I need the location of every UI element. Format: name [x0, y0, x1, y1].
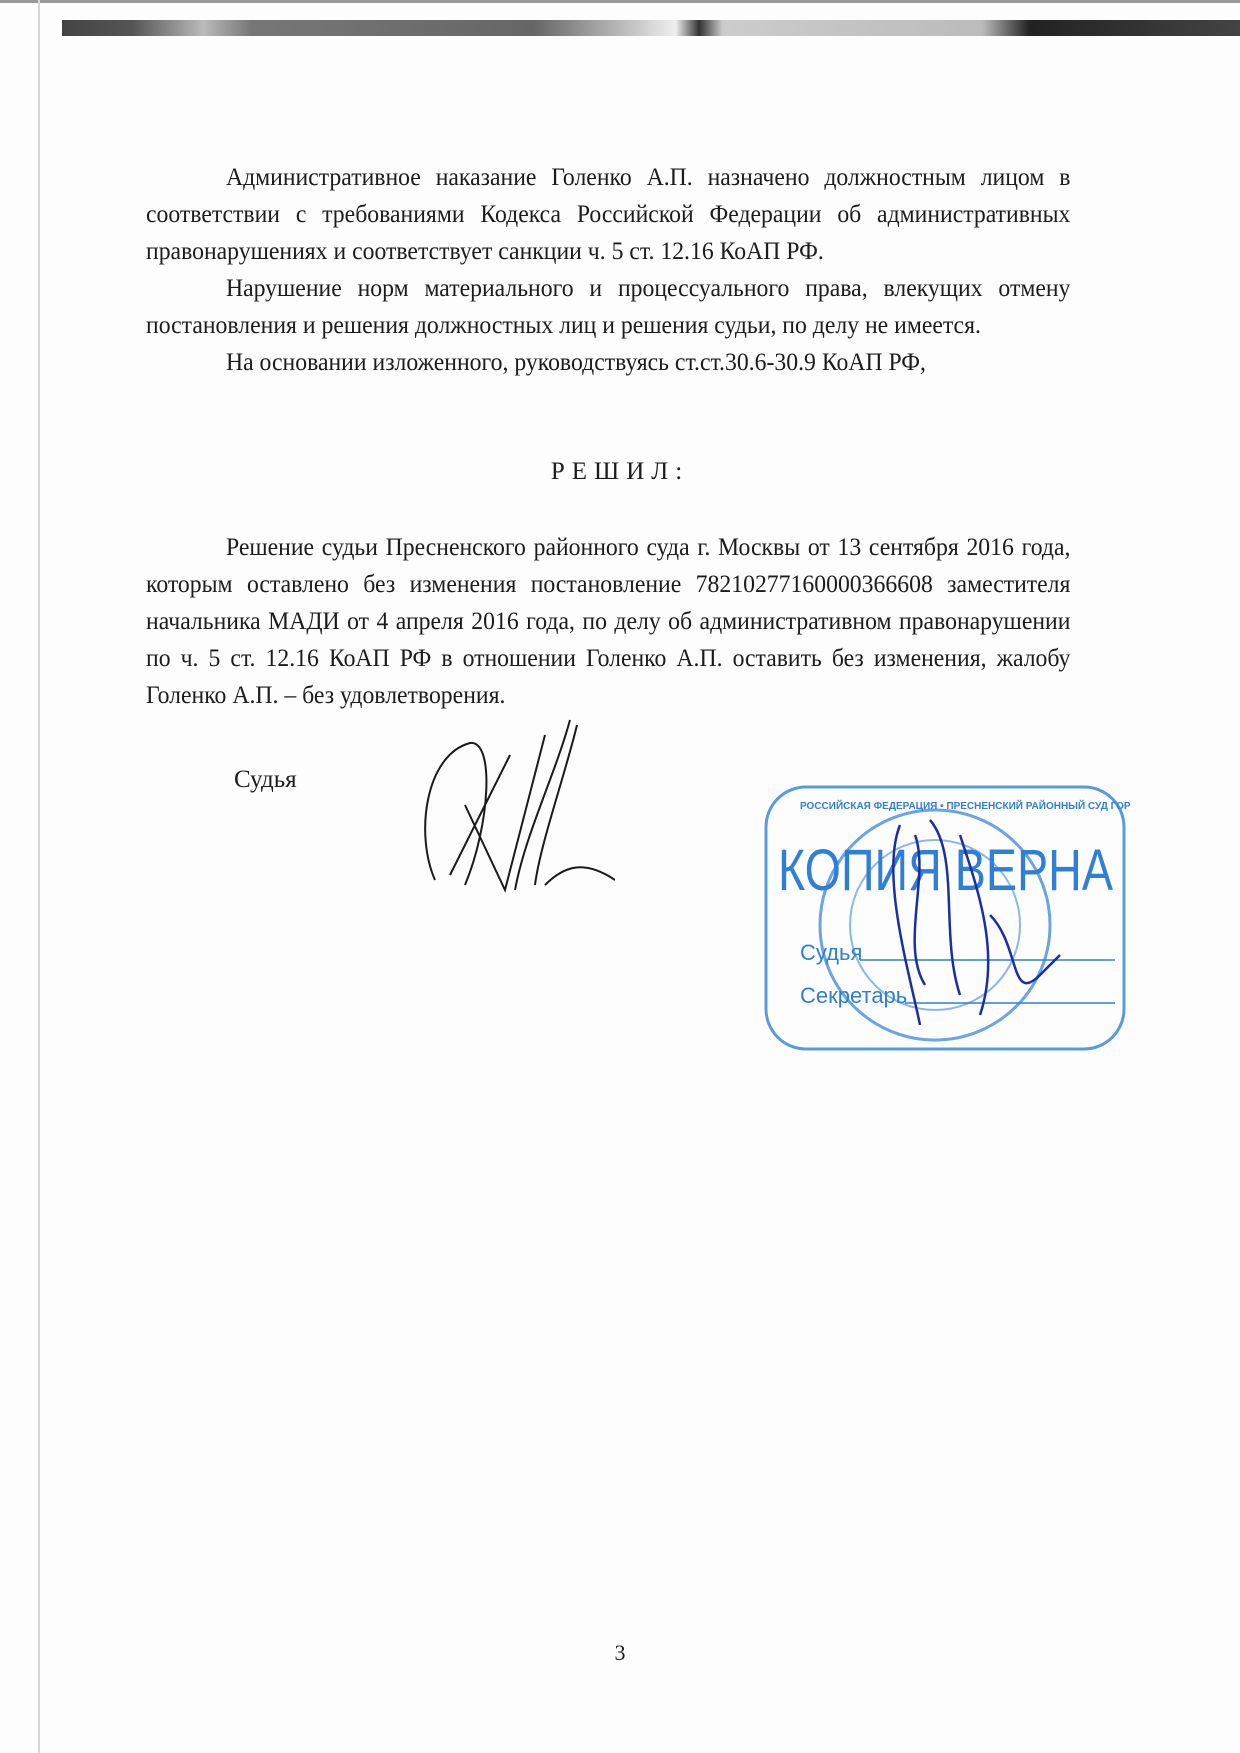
paragraph-grounds: На основании изложенного, руководствуясь…: [146, 343, 1070, 380]
judge-signature: [415, 715, 615, 905]
stamp-outer-text-top: РОССИЙСКАЯ ФЕДЕРАЦИЯ • ПРЕСНЕНСКИЙ РАЙОН…: [800, 799, 1130, 812]
stamp-secretary-line: Секретарь: [800, 983, 907, 1008]
stamp-judge-line: Судья: [800, 940, 862, 965]
stamp-title: КОПИЯ ВЕРНА: [778, 838, 1113, 903]
document-page: Административное наказание Голенко А.П. …: [0, 0, 1240, 1753]
certified-copy-stamp: РОССИЙСКАЯ ФЕДЕРАЦИЯ • ПРЕСНЕНСКИЙ РАЙОН…: [760, 775, 1130, 1065]
page-number: 3: [0, 1640, 1240, 1666]
scan-edge: [0, 0, 1240, 3]
page-edge-shadow: [38, 0, 40, 1753]
paragraph-no-violations: Нарушение норм материального и процессуа…: [146, 269, 1070, 343]
body-text: Административное наказание Голенко А.П. …: [146, 158, 1070, 380]
paragraph-decision: Решение судьи Пресненского районного суд…: [146, 528, 1070, 713]
judge-label: Судья: [234, 766, 297, 794]
scan-artifact-strip: [62, 20, 1240, 36]
decision-text: Решение судьи Пресненского районного суд…: [146, 528, 1070, 713]
decision-heading: РЕШИЛ:: [0, 458, 1240, 486]
paragraph-penalty: Административное наказание Голенко А.П. …: [146, 158, 1070, 269]
